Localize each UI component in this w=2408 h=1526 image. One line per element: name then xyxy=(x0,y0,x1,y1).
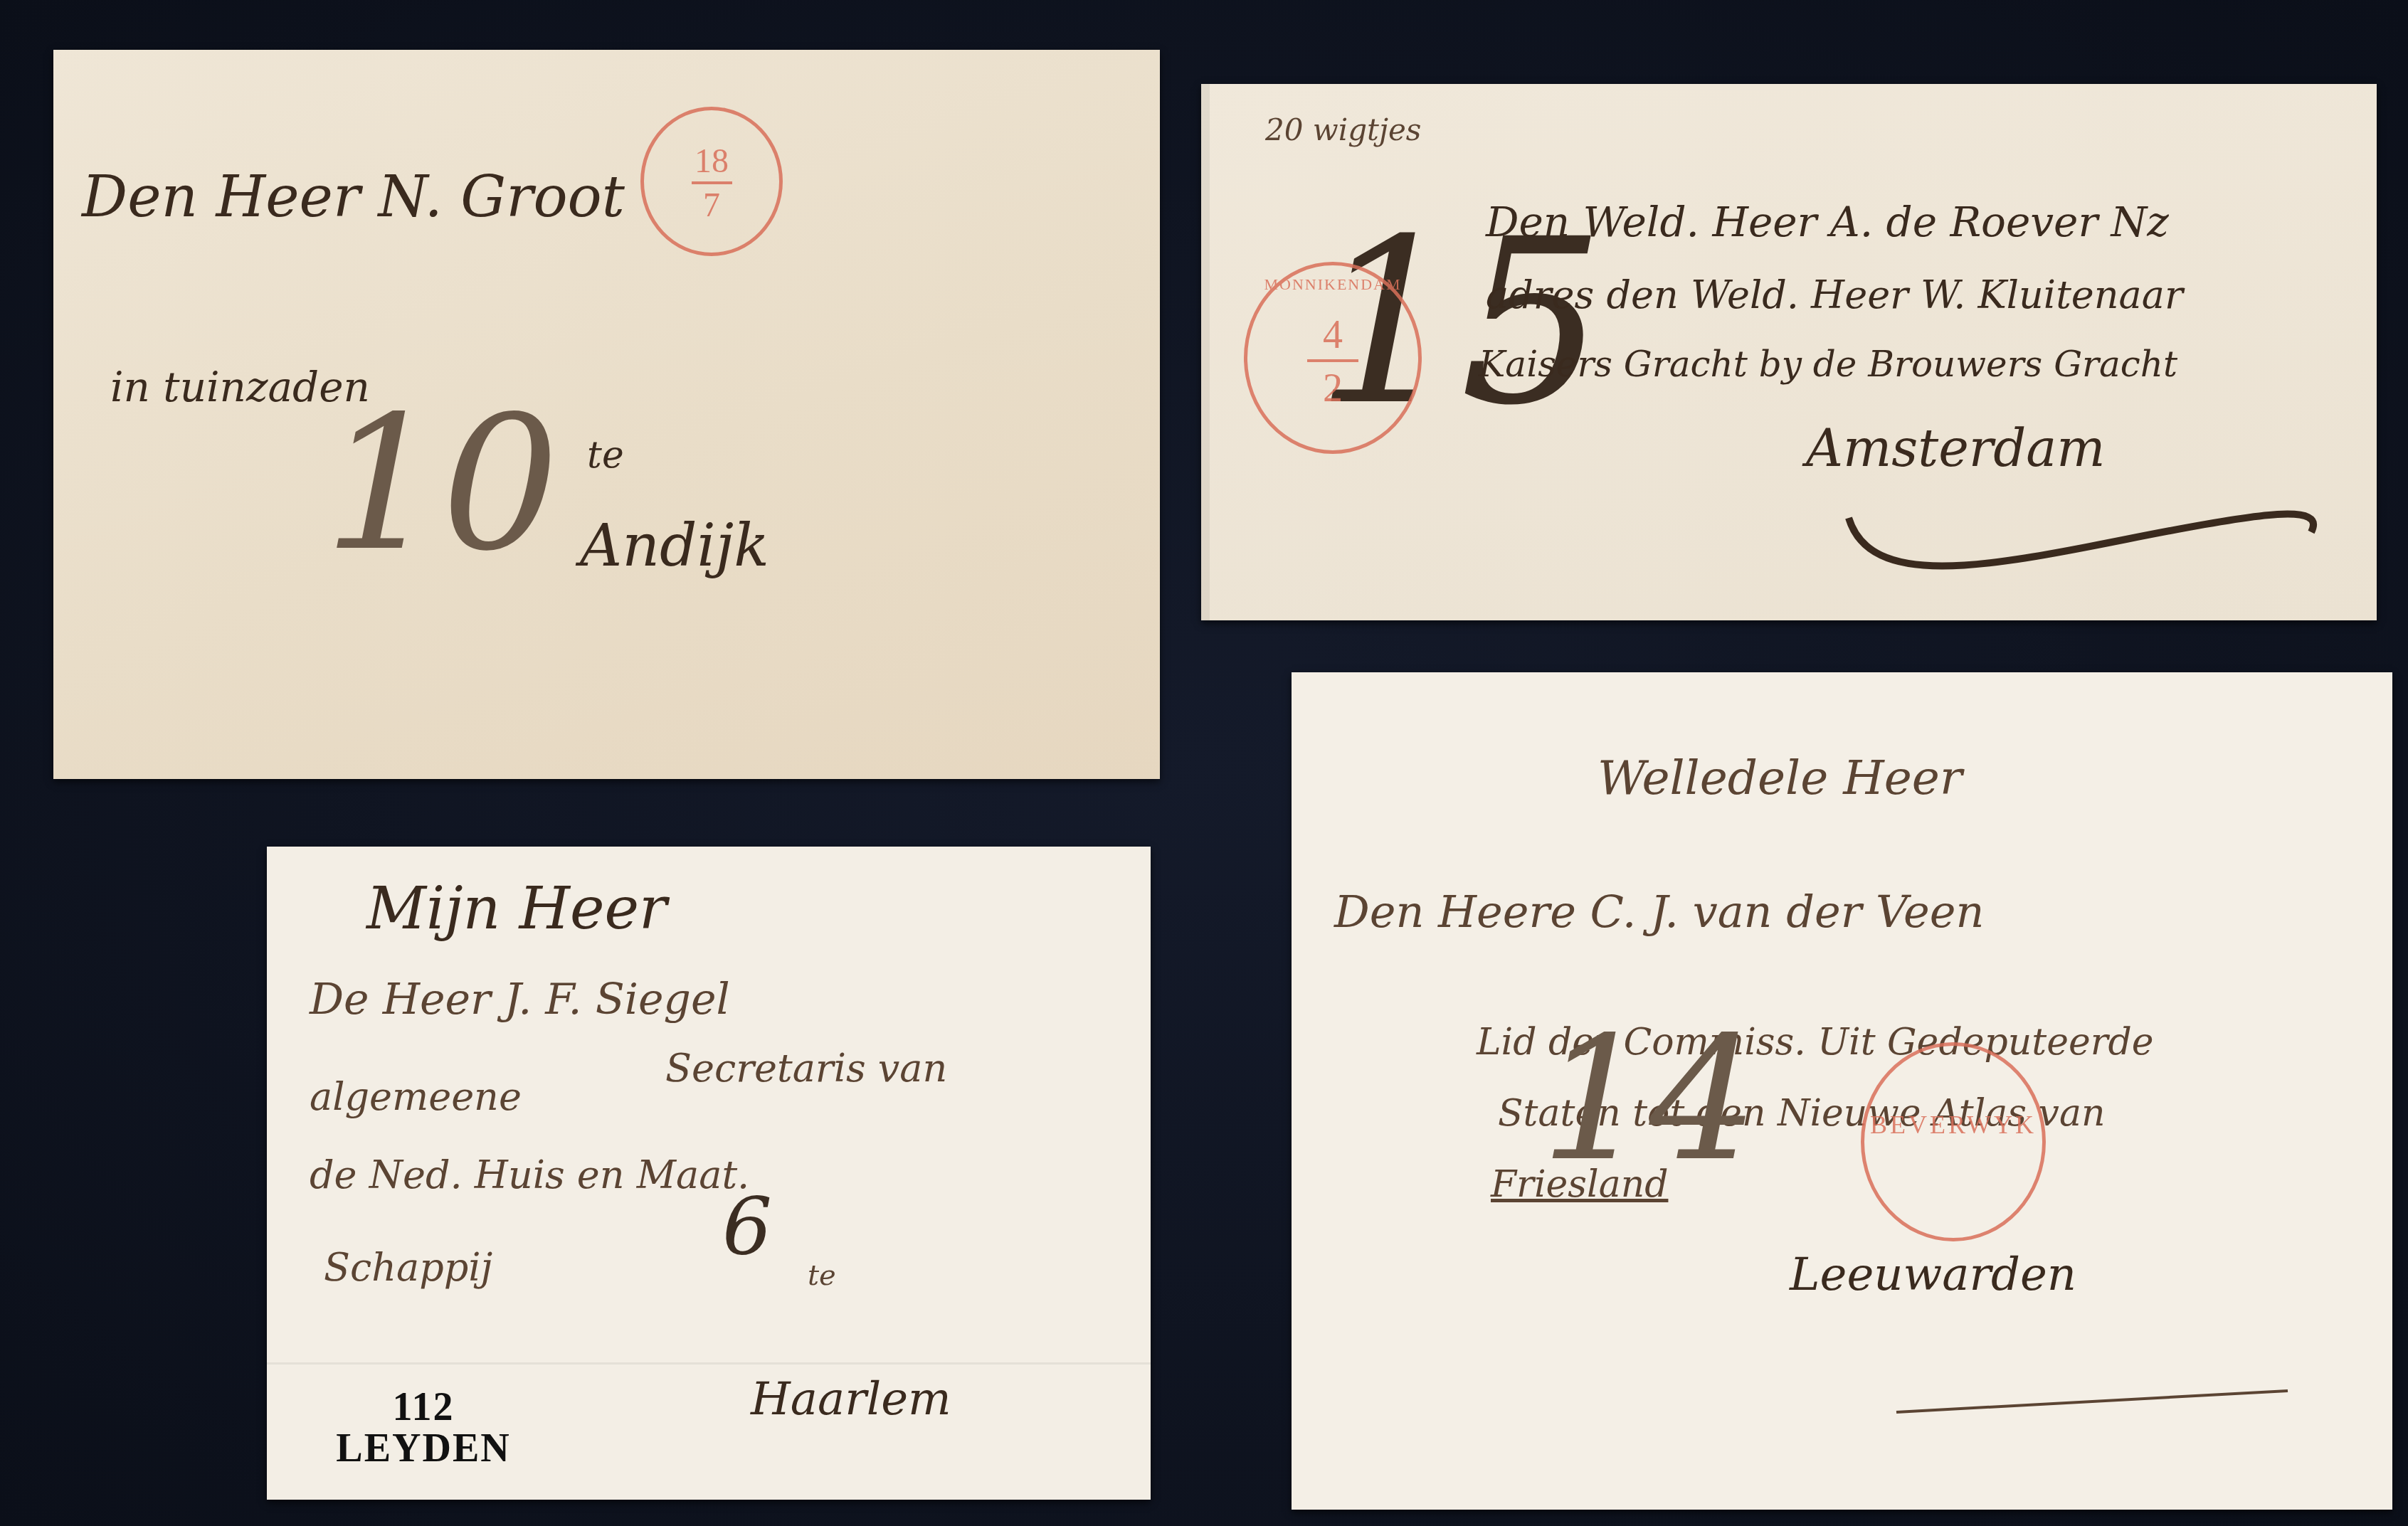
postmark-day: 18 xyxy=(644,144,779,179)
address-line: Andijk xyxy=(580,512,769,580)
cover-amsterdam: 20 wigtjes 15 Den Weld. Heer A. de Roeve… xyxy=(1201,84,2377,620)
cover-leeuwarden: Welledele Heer Den Heere C. J. van der V… xyxy=(1292,672,2392,1510)
postmark-town: LEYDEN xyxy=(310,1427,537,1471)
cover-haarlem: Mijn Heer De Heer J. F. Siegel Secretari… xyxy=(267,847,1151,1500)
postmark-town: MONNIKENDAM xyxy=(1247,275,1418,294)
address-line: Leeuwarden xyxy=(1790,1249,2076,1301)
underline xyxy=(1889,1384,2316,1426)
cover-andijk: 18 7 Den Heer N. Groot in tuinzaden te A… xyxy=(53,50,1160,779)
red-postmark: 18 7 xyxy=(640,107,783,256)
address-line: te xyxy=(808,1259,836,1292)
postmark-month: 7 xyxy=(644,189,779,223)
red-postmark: BEVERWYK xyxy=(1861,1042,2046,1241)
fee-mark: 14 xyxy=(1541,1000,1758,1199)
postmark-day: 4 xyxy=(1247,315,1418,355)
address-line: Haarlem xyxy=(751,1373,951,1426)
address-line: Kaisers Gracht by de Brouwers Gracht xyxy=(1479,344,2177,385)
address-line: te xyxy=(587,434,624,477)
flourish xyxy=(1842,489,2340,596)
address-line: Den Weld. Heer A. de Roever Nz xyxy=(1486,198,2169,246)
address-line: Den Heer N. Groot xyxy=(82,164,625,230)
address-line: de Ned. Huis en Maat. xyxy=(310,1153,749,1197)
address-line: Secretaris van xyxy=(665,1046,947,1091)
address-line: Mijn Heer xyxy=(366,875,667,943)
leyden-straightline-postmark: 112 LEYDEN xyxy=(310,1387,537,1471)
address-line: Schappij xyxy=(324,1245,492,1290)
address-line: Den Heere C. J. van der Veen xyxy=(1334,886,1984,938)
fee-mark: 6 xyxy=(722,1181,772,1272)
address-line: adres den Weld. Heer W. Kluitenaar xyxy=(1486,272,2183,317)
postmark-number: 112 xyxy=(310,1387,537,1427)
address-line: algemeene xyxy=(310,1074,522,1119)
postmark-month: 2 xyxy=(1247,369,1418,408)
address-line: De Heer J. F. Siegel xyxy=(310,975,730,1024)
postmark-town: BEVERWYK xyxy=(1864,1110,2042,1140)
address-line: Welledele Heer xyxy=(1598,751,1962,805)
address-line: Amsterdam xyxy=(1806,418,2105,478)
weight-note: 20 wigtjes xyxy=(1265,112,1421,147)
red-postmark: MONNIKENDAM 4 2 xyxy=(1244,262,1422,454)
fee-mark: 10 xyxy=(324,377,559,592)
